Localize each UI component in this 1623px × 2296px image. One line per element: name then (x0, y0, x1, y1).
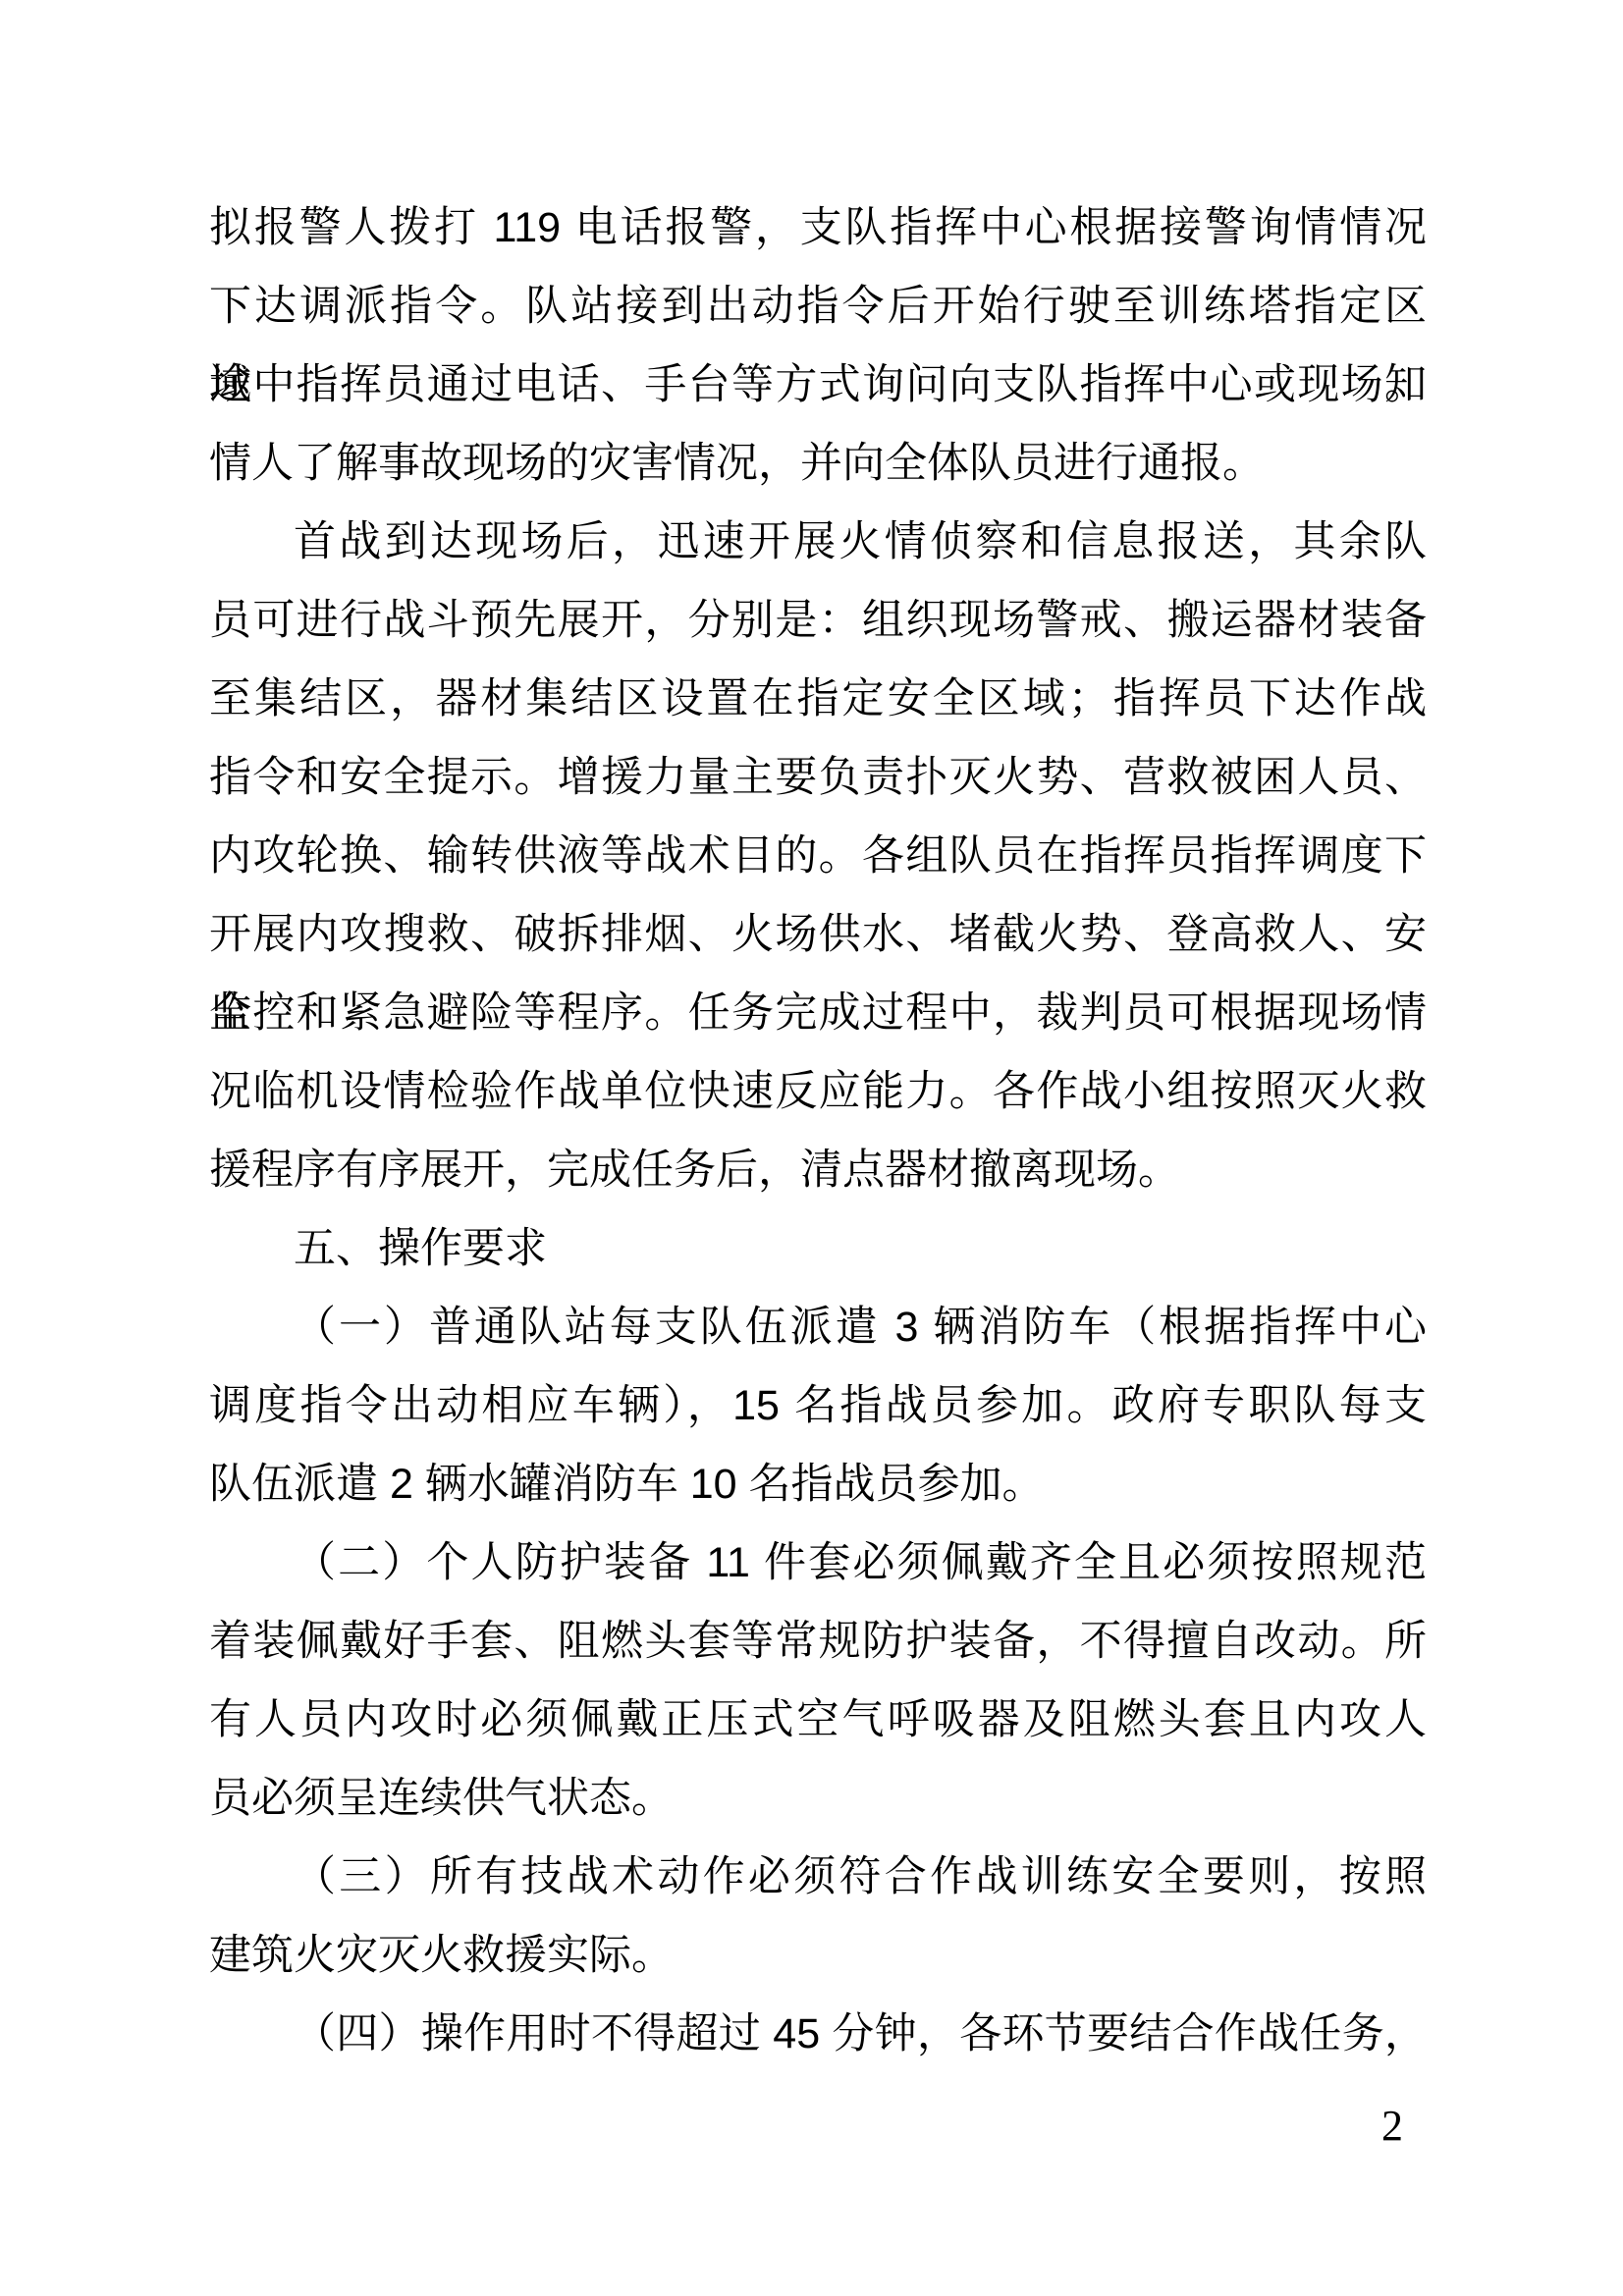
section-heading: 五、操作要求 (209, 1209, 1427, 1288)
text-line: 内攻轮换、输转供液等战术目的。各组队员在指挥员指挥调度下 (209, 817, 1427, 895)
text-line: 有人员内攻时必须佩戴正压式空气呼吸器及阻燃头套且内攻人 (209, 1681, 1427, 1759)
text-line: 指令和安全提示。增援力量主要负责扑灭火势、营救被困人员、 (209, 738, 1427, 817)
text-line: （二）个人防护装备 11 件套必须佩戴齐全且必须按照规范 (209, 1523, 1427, 1602)
document-page: 拟报警人拨打 119 电话报警，支队指挥中心根据接警询情情况 下达调派指令。队站… (0, 0, 1623, 2296)
text-line: 至集结区，器材集结区设置在指定安全区域；指挥员下达作战 (209, 660, 1427, 738)
page-number: 2 (1363, 2101, 1422, 2152)
text-line: 援程序有序展开，完成任务后，清点器材撤离现场。 (209, 1131, 1427, 1209)
text-line: 下达调派指令。队站接到出动指令后开始行驶至训练塔指定区域。 (209, 267, 1427, 346)
text-line: （四）操作用时不得超过 45 分钟，各环节要结合作战任务， (209, 1995, 1427, 2073)
text-line: （三）所有技战术动作必须符合作战训练安全要则，按照 (209, 1838, 1427, 1916)
text-line: 员必须呈连续供气状态。 (209, 1759, 1427, 1838)
document-body: 拟报警人拨打 119 电话报警，支队指挥中心根据接警询情情况 下达调派指令。队站… (209, 188, 1427, 2073)
text-line: 建筑火灾灭火救援实际。 (209, 1916, 1427, 1995)
text-line: 着装佩戴好手套、阻燃头套等常规防护装备，不得擅自改动。所 (209, 1602, 1427, 1681)
text-line: 况临机设情检验作战单位快速反应能力。各作战小组按照灭火救 (209, 1052, 1427, 1131)
text-line: 员可进行战斗预先展开，分别是：组织现场警戒、搬运器材装备 (209, 581, 1427, 660)
text-line: 调度指令出动相应车辆），15 名指战员参加。政府专职队每支 (209, 1366, 1427, 1445)
text-line: （一）普通队站每支队伍派遣 3 辆消防车（根据指挥中心 (209, 1288, 1427, 1366)
text-line: 队伍派遣 2 辆水罐消防车 10 名指战员参加。 (209, 1445, 1427, 1523)
text-line: 监控和紧急避险等程序。任务完成过程中，裁判员可根据现场情 (209, 974, 1427, 1052)
text-line: 途中指挥员通过电话、手台等方式询问向支队指挥中心或现场知 (209, 346, 1427, 424)
text-line: 开展内攻搜救、破拆排烟、火场供水、堵截火势、登高救人、安全 (209, 895, 1427, 974)
text-line: 拟报警人拨打 119 电话报警，支队指挥中心根据接警询情情况 (209, 188, 1427, 267)
text-line: 首战到达现场后，迅速开展火情侦察和信息报送，其余队 (209, 503, 1427, 581)
text-line: 情人了解事故现场的灾害情况，并向全体队员进行通报。 (209, 424, 1427, 503)
